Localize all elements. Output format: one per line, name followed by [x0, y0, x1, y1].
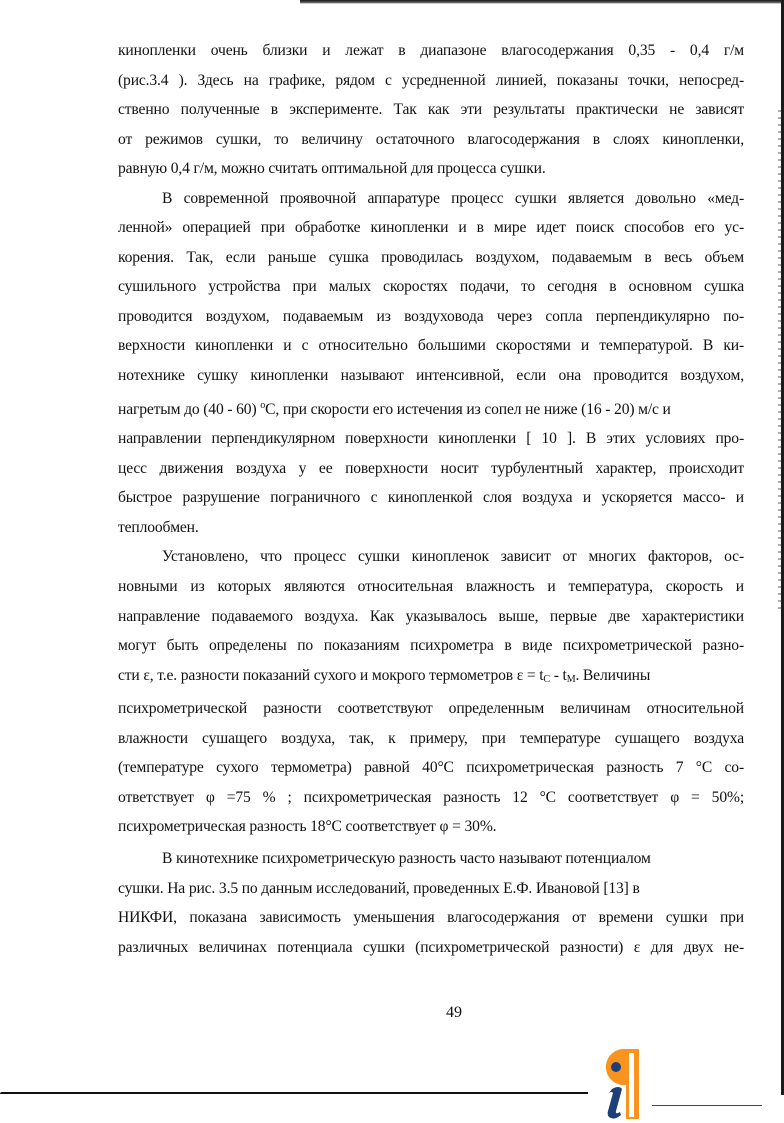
text-segment: сти ε, т.е. разности показаний сухого и … — [118, 667, 543, 684]
paragraph-info-logo-icon — [592, 1049, 644, 1119]
text-line: влажности сушащего воздуха, так, к приме… — [118, 724, 744, 754]
text-line: новными из которых являются относительна… — [118, 572, 744, 602]
text-line: НИКФИ, показана зависимость уменьшения в… — [118, 903, 744, 933]
text-line: психрометрической разности соответствуют… — [118, 694, 744, 724]
text-line: направлении перпендикулярном поверхности… — [118, 424, 744, 454]
text-line: сушки. На рис. 3.5 по данным исследовани… — [118, 874, 744, 904]
text-line: проводится воздухом, подаваемым из возду… — [118, 302, 744, 332]
scan-noise — [778, 110, 781, 610]
text-line: кинопленки очень близки и лежат в диапаз… — [118, 36, 744, 66]
text-line: нагретым до (40 - 60) oC, при скорости е… — [118, 391, 744, 425]
text-line: (температуре сухого термометра) равной 4… — [118, 753, 744, 783]
page-body-text: кинопленки очень близки и лежат в диапаз… — [118, 36, 744, 962]
text-segment: нагретым до (40 - 60) — [118, 401, 260, 418]
formula-line: сти ε, т.е. разности показаний сухого и … — [118, 661, 744, 695]
text-line: корения. Так, если раньше сушка проводил… — [118, 243, 744, 273]
scan-edge-top — [300, 0, 784, 4]
text-line: (рис.3.4 ). Здесь на графике, рядом с ус… — [118, 66, 744, 96]
text-line: верхности кинопленки и с относительно бо… — [118, 331, 744, 361]
text-line: направление подаваемого воздуха. Как ука… — [118, 602, 744, 632]
paragraph-start: В современной проявочной аппаратуре проц… — [118, 184, 744, 214]
page-number: 49 — [0, 1004, 784, 1022]
text-line: ответствует φ =75 % ; психрометрическая … — [118, 783, 744, 813]
text-line: от режимов сушки, то величину остаточног… — [118, 125, 744, 155]
paragraph-start: В кинотехнике психрометрическую разность… — [118, 844, 744, 874]
text-segment: . Величины — [575, 667, 650, 684]
text-line: цесс движения воздуха у ее поверхности н… — [118, 454, 744, 484]
text-line: нотехнике сушку кинопленки называют инте… — [118, 361, 744, 391]
text-line: быстрое разрушение пограничного с кинопл… — [118, 483, 744, 513]
footer-rule-left — [0, 1092, 588, 1094]
text-line: различных величинах потенциала сушки (пс… — [118, 933, 744, 963]
footer-rule-right — [652, 1105, 762, 1106]
text-segment: C, при скорости его истечения из сопел н… — [265, 401, 671, 418]
text-line: психрометрическая разность 18°C соответс… — [118, 812, 744, 842]
text-line: ленной» операцией при обработке киноплен… — [118, 213, 744, 243]
paragraph-start: Установлено, что процесс сушки киноплено… — [118, 542, 744, 572]
text-line: сушильного устройства при малых скоростя… — [118, 272, 744, 302]
text-line: теплообмен. — [118, 513, 744, 543]
text-line: равную 0,4 г/м, можно считать оптимально… — [118, 154, 744, 184]
text-segment: - t — [550, 667, 567, 684]
text-line: ственно полученные в эксперименте. Так к… — [118, 95, 744, 125]
text-line: могут быть определены по показаниям псих… — [118, 631, 744, 661]
